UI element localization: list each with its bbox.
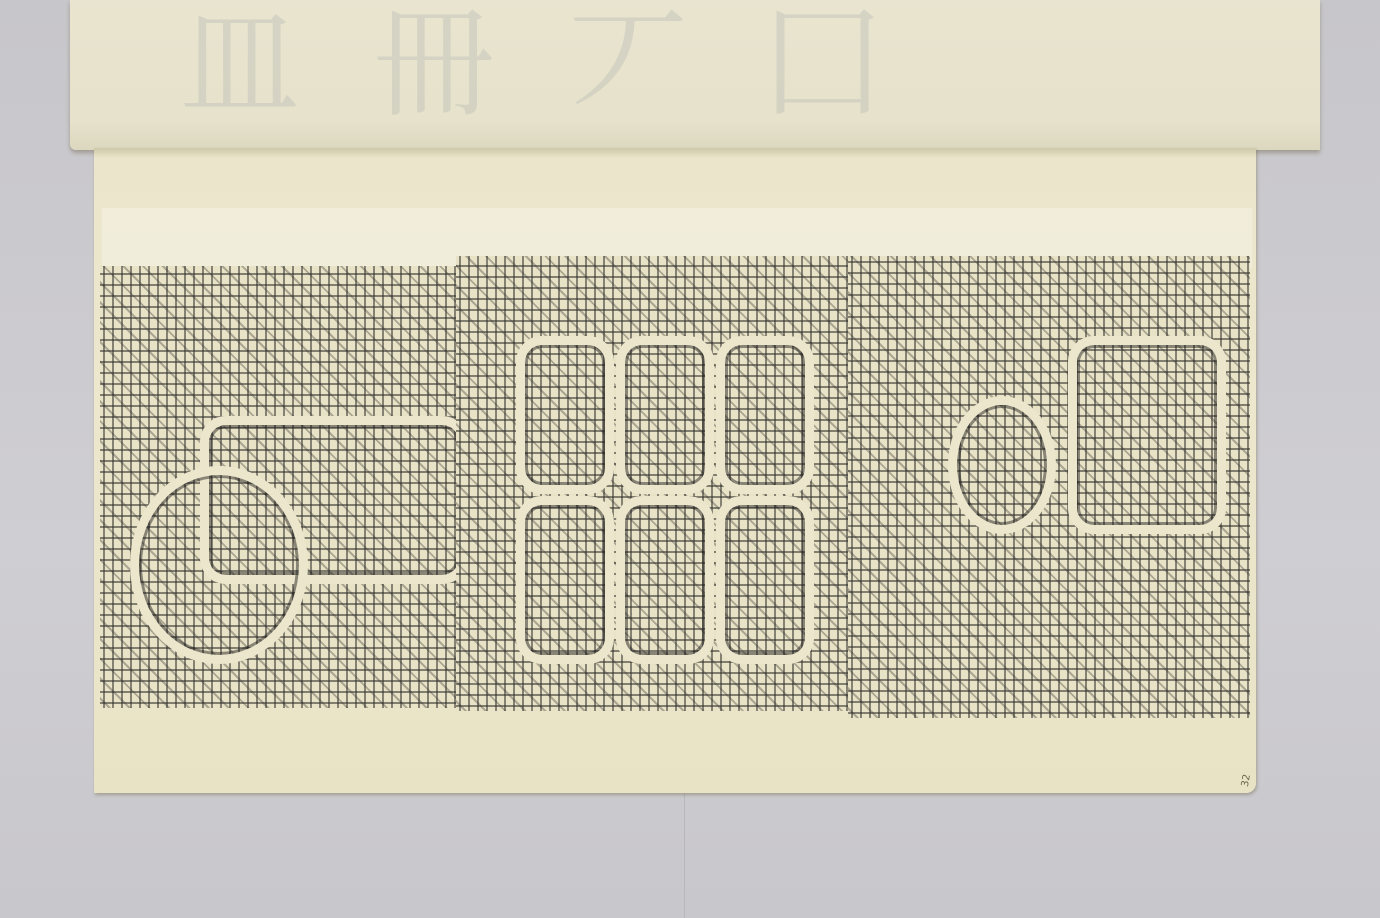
rubbing-center-panel — [456, 256, 856, 711]
relief-circle — [948, 396, 1056, 534]
relief-figure — [616, 336, 714, 494]
rubbing-right-panel — [848, 256, 1250, 718]
relief-figure — [516, 336, 614, 494]
rubbing-left-panel — [100, 266, 470, 708]
upper-page: 皿 冊 丆 囗 — [70, 0, 1320, 150]
relief-figure — [716, 336, 814, 494]
relief-figure — [716, 496, 814, 664]
album-page — [94, 148, 1256, 793]
relief-figure — [616, 496, 714, 664]
background-seam — [684, 790, 685, 918]
bleed-through-text: 皿 冊 丆 囗 — [180, 5, 900, 125]
page-number: 32 — [1240, 773, 1253, 787]
relief-frame — [1068, 336, 1226, 534]
relief-figure — [516, 496, 614, 664]
page-fold-shadow — [94, 148, 1256, 158]
relief-circle — [130, 466, 308, 664]
